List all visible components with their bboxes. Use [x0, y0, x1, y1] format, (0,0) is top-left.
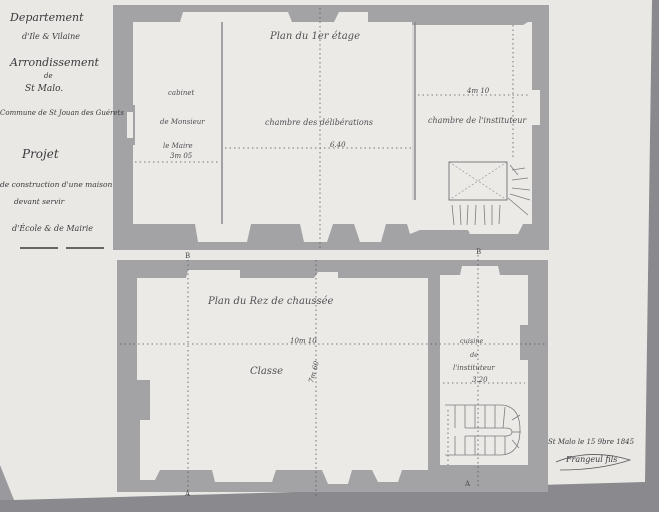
cuisine-label-3: l'instituteur: [453, 364, 495, 372]
ground-floor-title: Plan du Rez de chaussée: [208, 296, 333, 307]
room-deliberations-width: 6.40: [330, 141, 346, 149]
classe-width: 10m 10: [290, 337, 317, 345]
room-cabinet-width: 3m 05: [170, 152, 192, 160]
department-name: d'Ile & Vilaine: [22, 32, 80, 41]
room-instituteur-label: chambre de l'instituteur: [428, 116, 526, 125]
room-instituteur-width: 4m 10: [467, 87, 489, 95]
arrondissement-label: Arrondissement: [10, 56, 99, 69]
room-cabinet-label-1: cabinet: [168, 89, 194, 97]
cuisine-width: 3.20: [472, 376, 488, 384]
place-date: St Malo le 15 9bre 1845: [548, 438, 634, 446]
room-cabinet-label-3: le Maire: [163, 142, 193, 150]
upper-floor-title: Plan du 1er étage: [270, 31, 360, 42]
arrondissement-of: de: [44, 72, 53, 80]
section-mark-b-right-top: B: [476, 248, 481, 256]
section-mark-a-bottom: A: [185, 490, 190, 498]
floor-plans-drawing: [0, 0, 659, 512]
architectural-drawing-photo: Departement d'Ile & Vilaine Arrondisseme…: [0, 0, 659, 512]
project-label: Projet: [22, 147, 59, 161]
department-label: Departement: [10, 11, 84, 24]
commune-name: Commune de St Jouan des Guérets: [0, 109, 124, 117]
cuisine-label-1: cuisine: [460, 337, 483, 345]
classe-label: Classe: [250, 366, 283, 377]
section-mark-b-top: B: [185, 252, 190, 260]
room-deliberations-label: chambre des délibérations: [265, 118, 373, 127]
arrondissement-name: St Malo.: [25, 84, 63, 94]
room-cabinet-label-2: de Monsieur: [160, 118, 205, 126]
cuisine-label-2: de: [470, 351, 478, 359]
project-description-1: de construction d'une maison: [0, 180, 112, 189]
project-description-3: d'École & de Mairie: [12, 224, 93, 233]
signature-name: Frangeul fils: [566, 455, 617, 464]
project-description-2: devant servir: [14, 197, 64, 206]
section-mark-a-right-bottom: A: [465, 480, 470, 488]
